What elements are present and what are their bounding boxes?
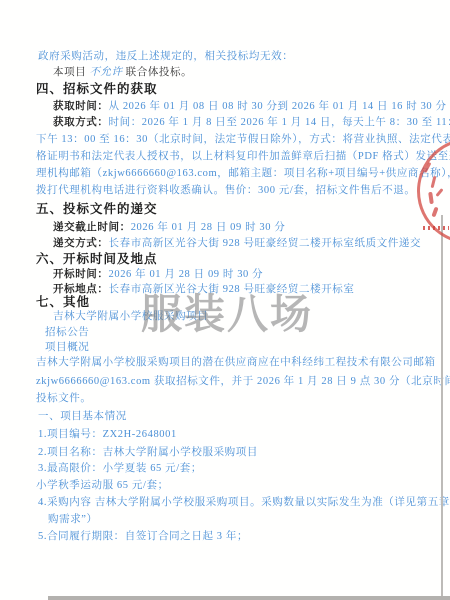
submit-deadline-line: 递交截止时间：2026 年 01 月 28 日 09 时 30 分 [53,221,285,234]
submit-method-line: 递交方式：长春市高新区光谷大街 928 号旺豪经贸二楼开标室纸质文件递交 [53,237,421,250]
seal-dots [423,226,449,230]
section7-heading: 七、其他 [36,295,90,309]
open-time-line: 开标时间：2026 年 01 月 28 日 09 时 30 分 [53,268,263,281]
basic-info-item4a: 4.采购内容 吉林大学附属小学校服采购项目。采购数量以实际发生为准（详见第五章“… [38,496,450,509]
submit-deadline-value: 2026 年 01 月 28 日 09 时 30 分 [131,222,286,233]
section4-heading: 四、招标文件的获取 [36,82,158,96]
acquire-method-line5: 拨打代理机构电话进行资料收悉确认。售价：300 元/套，招标文件售后不退。 [36,184,416,197]
policy-note-line: 政府采购活动，违反上述规定的，相关投标均无效： [38,50,293,63]
submit-deadline-label: 递交截止时间： [53,222,131,233]
consortium-line: 本项目不允许联合体投标。 [53,66,192,79]
acquire-method-line4: 理机构邮箱（zkjw6666660@163.com，邮箱主题：项目名称+项目编号… [36,167,450,180]
overview-line2: zkjw6666660@163.com 获取招标文件，并于 2026 年 1 月… [36,375,450,388]
overview-line1: 吉林大学附属小学校服采购项目的潜在供应商应在中科经纬工程技术有限公司邮箱 [36,356,436,369]
basic-info-item5: 5.合同履行期限：自签订合同之日起 3 年； [38,530,248,543]
basic-info-item3b: 小学秋季运动服 65 元/套； [36,479,169,492]
overview-line3: 投标文件。 [36,392,92,405]
consortium-highlight: 不允许 [86,67,125,78]
acquire-method-line1: 获取方式：时间：2026 年 1 月 8 日至 2026 年 1 月 14 日，… [53,116,450,129]
open-place-label: 开标地点： [53,284,109,295]
acquire-method-line2: 下午 13：00 至 16：30（北京时间，法定节假日除外），方式：将营业执照、… [36,133,450,146]
open-time-value: 2026 年 01 月 28 日 09 时 30 分 [109,269,264,280]
basic-info-heading: 一、项目基本情况 [38,410,127,423]
scan-edge-bottom [48,596,450,600]
section5-heading: 五、投标文件的递交 [36,202,158,216]
basic-info-item4b: 购需求”） [48,513,98,526]
scan-edge-right [441,215,443,600]
open-time-label: 开标时间： [53,269,109,280]
basic-info-item3: 3.最高限价：小学夏装 65 元/套； [38,462,202,475]
acquire-time-line: 获取时间：从 2026 年 01 月 08 日 08 时 30 分到 2026 … [53,100,447,113]
basic-info-item2: 2.项目名称：吉林大学附属小学校服采购项目 [38,446,258,459]
acquire-method-line3: 格证明书和法定代表人授权书，以上材料复印件加盖鲜章后扫描（PDF 格式）发送至采… [36,150,450,163]
basic-info-item1: 1.项目编号：ZX2H-2648001 [38,428,177,441]
notice-title-line: 招标公告 [45,326,89,339]
consortium-suffix: 联合体投标。 [126,67,193,78]
document-page: 政府采购活动，违反上述规定的，相关投标均无效： 本项目不允许联合体投标。 四、招… [0,0,450,600]
overview-title-line: 项目概况 [45,341,89,354]
acquire-method-value1: 时间：2026 年 1 月 8 日至 2026 年 1 月 14 日，每天上午 … [109,117,450,128]
acquire-method-label: 获取方式： [53,117,109,128]
watermark-text: 服装八场 [141,281,313,340]
consortium-prefix: 本项目 [53,67,86,78]
red-seal-stamp-icon [405,130,450,260]
policy-note-text: 政府采购活动，违反上述规定的，相关投标均无效： [38,51,293,62]
submit-method-label: 递交方式： [53,238,109,249]
acquire-time-value: 从 2026 年 01 月 08 日 08 时 30 分到 2026 年 01 … [109,101,447,112]
acquire-time-label: 获取时间： [53,101,109,112]
section6-heading: 六、开标时间及地点 [36,252,158,266]
submit-method-value: 长春市高新区光谷大街 928 号旺豪经贸二楼开标室纸质文件递交 [109,238,422,249]
